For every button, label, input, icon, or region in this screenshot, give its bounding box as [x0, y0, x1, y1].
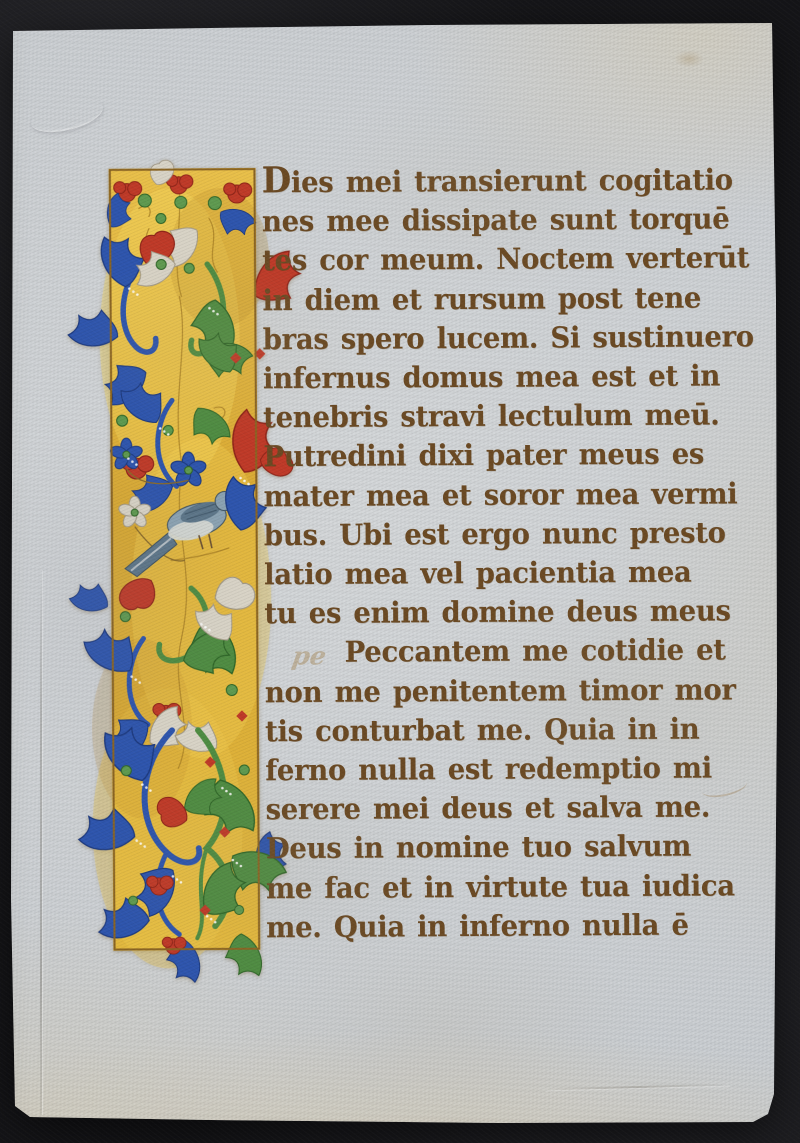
- manuscript-text-line: Peccantem me cotidie et: [264, 630, 772, 674]
- manuscript-text-line: Putredini dixi pater meus es: [263, 434, 771, 478]
- photo-backdrop: Dies mei transierunt cogitationes mee di…: [0, 0, 800, 1143]
- leaf-content: Dies mei transierunt cogitationes mee di…: [0, 0, 800, 1143]
- manuscript-text-line: bus. Ubi est ergo nunc presto: [264, 513, 772, 557]
- faint-paragraph-mark: pe: [290, 641, 328, 670]
- manuscript-text-line: latio mea vel pacientia mea: [264, 552, 772, 596]
- manuscript-text-line: me. Quia in inferno nulla ē: [266, 905, 774, 949]
- manuscript-text-line: tes cor meum. Noctem verterūt: [262, 238, 770, 282]
- manuscript-text-line: tu es enim domine deus meus: [264, 591, 772, 635]
- illuminated-border: [109, 168, 261, 951]
- manuscript-text-line: Dies mei transierunt cogitatio: [262, 158, 770, 204]
- manuscript-text-line: serere mei deus et salva me.: [265, 787, 773, 831]
- manuscript-leaf-shadow: Dies mei transierunt cogitationes mee di…: [0, 0, 800, 1143]
- manuscript-text-line: non me penitentem timor mor: [265, 669, 773, 713]
- gold-ground: [89, 168, 274, 969]
- manuscript-text-line: Deus in nomine tuo salvum: [266, 826, 774, 870]
- manuscript-text-line: mater mea et soror mea vermi: [263, 473, 771, 517]
- manuscript-text-line: infernus domus mea est et in: [263, 356, 771, 400]
- manuscript-text-line: in diem et rursum post tene: [262, 277, 770, 321]
- manuscript-text-line: tis conturbat me. Quia in in: [265, 709, 773, 753]
- manuscript-text-line: ferno nulla est redemptio mi: [265, 748, 773, 792]
- manuscript-leaf: Dies mei transierunt cogitationes mee di…: [0, 0, 800, 1143]
- manuscript-text-line: nes mee dissipate sunt torquē: [262, 199, 770, 243]
- manuscript-text-line: me fac et in virtute tua iudica: [266, 865, 774, 909]
- manuscript-text-block: Dies mei transierunt cogitationes mee di…: [262, 158, 775, 947]
- manuscript-text-line: tenebris stravi lectulum meū.: [263, 395, 771, 439]
- manuscript-text-line: bras spero lucem. Si sustinuero: [263, 317, 771, 361]
